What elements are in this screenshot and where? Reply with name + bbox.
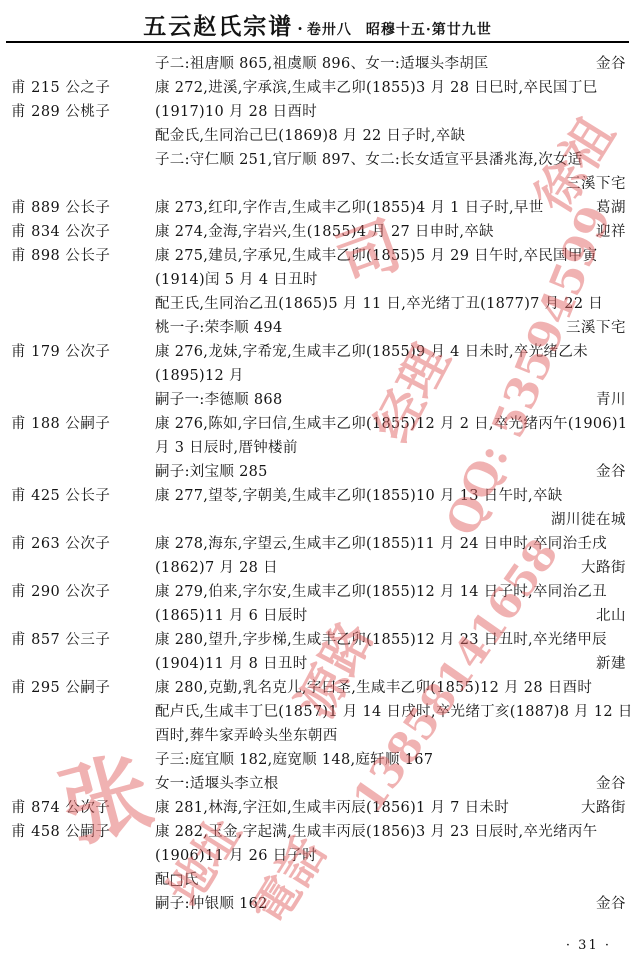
genealogy-row: 甫 179 公次子康 276,龙妹,字希宠,生咸丰乙卯(1855)9 月 4 日…: [0, 340, 635, 364]
genealogy-row: 甫 458 公嗣子康 282,玉金,字起满,生咸丰丙辰(1856)3 月 23 …: [0, 820, 635, 844]
entry-main-text: 酉时,葬牛家弄岭头坐东朝西: [155, 724, 338, 748]
entry-father-label: 甫 263 公次子: [11, 532, 110, 556]
genealogy-row: (1862)7 月 28 日大路街: [0, 556, 635, 580]
genealogy-row: (1904)11 月 8 日丑时新建: [0, 652, 635, 676]
entry-main-text: 康 273,红印,字作吉,生咸丰乙卯(1855)4 月 1 日子时,早世: [155, 196, 544, 220]
entry-main-text: 桃一子:荣李顺 494: [155, 316, 282, 340]
genealogy-row: 甫 263 公次子康 278,海东,字望云,生咸丰乙卯(1855)11 月 24…: [0, 532, 635, 556]
entry-main-text: 康 275,建员,字承兄,生咸丰乙卯(1855)5 月 29 日午时,卒民国甲寅: [155, 244, 597, 268]
genealogy-row: 甫 425 公长子康 277,望苓,字朝美,生咸丰乙卯(1855)10 月 13…: [0, 484, 635, 508]
genealogy-row: 嗣子:仲银顺 162金谷: [0, 892, 635, 916]
entry-place-label: 三溪下宅: [566, 316, 626, 340]
entry-main-text: 康 280,克勤,乳名克儿,字曰圣,生咸丰乙卯(1855)12 月 28 日酉时: [155, 676, 592, 700]
entry-main-text: (1865)11 月 6 日辰时: [155, 604, 308, 628]
entry-place-label: 北山: [596, 604, 626, 628]
entry-father-label: 甫 458 公嗣子: [11, 820, 110, 844]
entry-main-text: (1914)闰 5 月 4 日丑时: [155, 268, 318, 292]
genealogy-page: 五云赵氏宗谱·卷卅八昭穆十五·第廿九世 子二:祖唐顺 865,祖虞顺 896、女…: [0, 0, 635, 968]
genealogy-row: 配□氏: [0, 868, 635, 892]
entry-main-text: 子三:庭宜顺 182,庭宽顺 148,庭轩顺 167: [155, 748, 433, 772]
entry-place-label: 金谷: [596, 460, 626, 484]
entry-main-text: 嗣子:刘宝顺 285: [155, 460, 268, 484]
volume-label: 卷卅八: [307, 22, 352, 38]
entry-main-text: 嗣子:仲银顺 162: [155, 892, 268, 916]
genealogy-row: 配金氏,生同治己巳(1869)8 月 22 日子时,卒缺: [0, 124, 635, 148]
entry-place-label: 迎祥: [596, 220, 626, 244]
genealogy-row: (1906)11 月 26 日子时: [0, 844, 635, 868]
genealogy-row: 酉时,葬牛家弄岭头坐东朝西: [0, 724, 635, 748]
genealogy-row: 甫 898 公长子康 275,建员,字承兄,生咸丰乙卯(1855)5 月 29 …: [0, 244, 635, 268]
entry-father-label: 甫 898 公长子: [11, 244, 110, 268]
entry-father-label: 甫 179 公次子: [11, 340, 110, 364]
genealogy-row: 子三:庭宜顺 182,庭宽顺 148,庭轩顺 167: [0, 748, 635, 772]
entry-father-label: 甫 857 公三子: [11, 628, 110, 652]
genealogy-rows: 子二:祖唐顺 865,祖虞顺 896、女一:适堰头李胡匡金谷甫 215 公之子康…: [0, 52, 635, 916]
entry-main-text: (1862)7 月 28 日: [155, 556, 278, 580]
entry-main-text: 康 278,海东,字望云,生咸丰乙卯(1855)11 月 24 日申时,卒同治壬…: [155, 532, 607, 556]
entry-main-text: 配卢氏,生咸丰丁巳(1857)1 月 14 日戌时,卒光绪丁亥(1887)8 月…: [155, 700, 633, 724]
entry-main-text: (1904)11 月 8 日丑时: [155, 652, 308, 676]
genealogy-row: 甫 215 公之子康 272,进溪,字承滨,生咸丰乙卯(1855)3 月 28 …: [0, 76, 635, 100]
entry-place-label: 金谷: [596, 772, 626, 796]
entry-main-text: 配□氏: [155, 868, 199, 892]
entry-father-label: 甫 889 公长子: [11, 196, 110, 220]
entry-main-text: 配王氏,生同治乙丑(1865)5 月 11 日,卒光绪丁丑(1877)7 月 2…: [155, 292, 603, 316]
genealogy-row: (1865)11 月 6 日辰时北山: [0, 604, 635, 628]
entry-main-text: 子二:祖唐顺 865,祖虞顺 896、女一:适堰头李胡匡: [155, 52, 489, 76]
genealogy-row: 甫 874 公次子康 281,林海,字汪如,生咸丰丙辰(1856)1 月 7 日…: [0, 796, 635, 820]
entry-main-text: 康 277,望苓,字朝美,生咸丰乙卯(1855)10 月 13 日午时,卒缺: [155, 484, 563, 508]
entry-father-label: 甫 295 公嗣子: [11, 676, 110, 700]
entry-father-label: 甫 874 公次子: [11, 796, 110, 820]
entry-place-label: 青川: [596, 388, 626, 412]
genealogy-row: (1914)闰 5 月 4 日丑时: [0, 268, 635, 292]
genealogy-row: 甫 188 公嗣子康 276,陈如,字曰信,生咸丰乙卯(1855)12 月 2 …: [0, 412, 635, 436]
genealogy-row: 甫 889 公长子康 273,红印,字作吉,生咸丰乙卯(1855)4 月 1 日…: [0, 196, 635, 220]
genealogy-row: 甫 289 公桃子(1917)10 月 28 日酉时: [0, 100, 635, 124]
genealogy-row: 甫 290 公次子康 279,伯来,字尔安,生咸丰乙卯(1855)12 月 14…: [0, 580, 635, 604]
entry-main-text: 康 282,玉金,字起满,生咸丰丙辰(1856)3 月 23 日辰时,卒光绪丙午: [155, 820, 597, 844]
genealogy-row: 子二:祖唐顺 865,祖虞顺 896、女一:适堰头李胡匡金谷: [0, 52, 635, 76]
section-label: 昭穆十五·第廿九世: [366, 22, 492, 38]
entry-main-text: 康 276,陈如,字曰信,生咸丰乙卯(1855)12 月 2 日,卒光绪丙午(1…: [155, 412, 627, 436]
genealogy-row: 三溪下宅: [0, 172, 635, 196]
entry-main-text: 子二:守仁顺 251,官厅顺 897、女二:长女适宣平县潘兆海,次女适: [155, 148, 583, 172]
entry-main-text: 康 281,林海,字汪如,生咸丰丙辰(1856)1 月 7 日未时: [155, 796, 509, 820]
genealogy-row: 嗣子:刘宝顺 285金谷: [0, 460, 635, 484]
genealogy-row: 嗣子一:李德顺 868青川: [0, 388, 635, 412]
entry-main-text: (1895)12 月: [155, 364, 244, 388]
entry-main-text: 女一:适堰头李立根: [155, 772, 279, 796]
entry-place-label: 湖川徙在城: [551, 508, 626, 532]
entry-main-text: 月 3 日辰时,厝钟楼前: [155, 436, 298, 460]
genealogy-row: 配王氏,生同治乙丑(1865)5 月 11 日,卒光绪丁丑(1877)7 月 2…: [0, 292, 635, 316]
genealogy-row: (1895)12 月: [0, 364, 635, 388]
genealogy-row: 甫 295 公嗣子康 280,克勤,乳名克儿,字曰圣,生咸丰乙卯(1855)12…: [0, 676, 635, 700]
entry-main-text: (1906)11 月 26 日子时: [155, 844, 317, 868]
entry-main-text: (1917)10 月 28 日酉时: [155, 100, 317, 124]
genealogy-row: 配卢氏,生咸丰丁巳(1857)1 月 14 日戌时,卒光绪丁亥(1887)8 月…: [0, 700, 635, 724]
genealogy-row: 甫 857 公三子康 280,望升,字步梯,生咸丰乙卯(1855)12 月 23…: [0, 628, 635, 652]
page-number: · 31 ·: [566, 938, 611, 953]
entry-father-label: 甫 215 公之子: [11, 76, 110, 100]
genealogy-row: 子二:守仁顺 251,官厅顺 897、女二:长女适宣平县潘兆海,次女适: [0, 148, 635, 172]
entry-main-text: 康 276,龙妹,字希宠,生咸丰乙卯(1855)9 月 4 日未时,卒光绪乙未: [155, 340, 588, 364]
entry-father-label: 甫 188 公嗣子: [11, 412, 110, 436]
genealogy-row: 湖川徙在城: [0, 508, 635, 532]
entry-main-text: 康 280,望升,字步梯,生咸丰乙卯(1855)12 月 23 日丑时,卒光绪甲…: [155, 628, 607, 652]
entry-father-label: 甫 290 公次子: [11, 580, 110, 604]
entry-place-label: 新建: [596, 652, 626, 676]
entry-main-text: 康 279,伯来,字尔安,生咸丰乙卯(1855)12 月 14 日子时,卒同治乙…: [155, 580, 607, 604]
entry-place-label: 金谷: [596, 892, 626, 916]
entry-main-text: 配金氏,生同治己巳(1869)8 月 22 日子时,卒缺: [155, 124, 465, 148]
entry-main-text: 嗣子一:李德顺 868: [155, 388, 282, 412]
entry-main-text: 康 274,金海,字岩兴,生(1855)4 月 27 日申时,卒缺: [155, 220, 494, 244]
genealogy-row: 女一:适堰头李立根金谷: [0, 772, 635, 796]
entry-place-label: 大路街: [581, 556, 626, 580]
title-separator-dot: ·: [293, 19, 307, 38]
entry-place-label: 三溪下宅: [566, 172, 626, 196]
entry-place-label: 金谷: [596, 52, 626, 76]
entry-father-label: 甫 289 公桃子: [11, 100, 110, 124]
entry-father-label: 甫 425 公长子: [11, 484, 110, 508]
page-header: 五云赵氏宗谱·卷卅八昭穆十五·第廿九世: [0, 8, 635, 41]
genealogy-row: 甫 834 公次子康 274,金海,字岩兴,生(1855)4 月 27 日申时,…: [0, 220, 635, 244]
entry-place-label: 葛湖: [596, 196, 626, 220]
entry-father-label: 甫 834 公次子: [11, 220, 110, 244]
entry-main-text: 康 272,进溪,字承滨,生咸丰乙卯(1855)3 月 28 日巳时,卒民国丁巳: [155, 76, 597, 100]
entry-place-label: 大路街: [581, 796, 626, 820]
genealogy-row: 月 3 日辰时,厝钟楼前: [0, 436, 635, 460]
header-rule: [6, 41, 629, 43]
genealogy-row: 桃一子:荣李顺 494三溪下宅: [0, 316, 635, 340]
book-title: 五云赵氏宗谱: [143, 13, 293, 40]
